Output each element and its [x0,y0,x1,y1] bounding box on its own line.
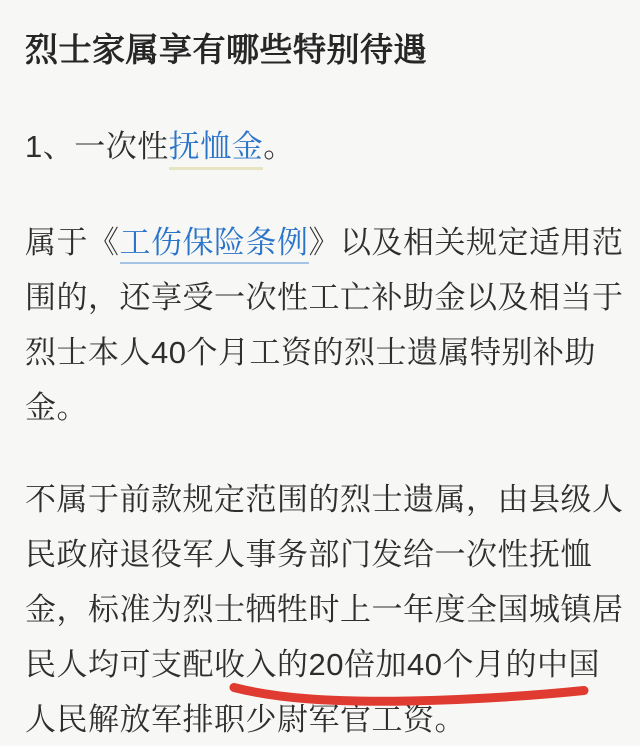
paragraph-scope-line-4: 金。 [25,392,88,424]
list-item-1-period: 。 [263,129,295,164]
paragraph-scope-line-1: 属于《工伤保险条例》以及相关规定适用范 [25,227,624,259]
paragraph-other-line-2: 民政府退役军人事务部门发给一次性抚恤 [25,539,592,571]
article-title: 烈士家属享有哪些特别待遇 [25,33,427,67]
paragraph-other-line-3: 金，标准为烈士牺牲时上一年度全国城镇居 [25,594,624,626]
paragraph-scope-line-3: 烈士本人40个月工资的烈士遗属特别补助 [25,337,596,369]
red-underline-stroke [234,688,584,702]
link-fuxujin[interactable]: 抚恤金 [169,129,264,170]
paragraph-scope-line-2: 围的，还享受一次性工亡补助金以及相当于 [25,282,624,314]
link-work-injury-insurance-regulation[interactable]: 工伤保险条例 [120,225,309,264]
paragraph-scope-line-1-pre: 属于《 [25,225,120,260]
paragraph-other-line-4: 民人均可支配收入的20倍加40个月的中国 [25,649,600,681]
red-underline-annotation [0,0,640,746]
list-item-1: 1、一次性抚恤金。 [25,131,295,163]
list-item-1-text: 1、一次性 [25,129,169,164]
paragraph-scope-line-1-post: 》以及相关规定适用范 [309,225,624,260]
article-page: 烈士家属享有哪些特别待遇 1、一次性抚恤金。 属于《工伤保险条例》以及相关规定适… [0,0,640,746]
paragraph-other-line-5: 人民解放军排职少尉军官工资。 [25,704,466,736]
paragraph-other-line-1: 不属于前款规定范围的烈士遗属，由县级人 [25,484,624,516]
